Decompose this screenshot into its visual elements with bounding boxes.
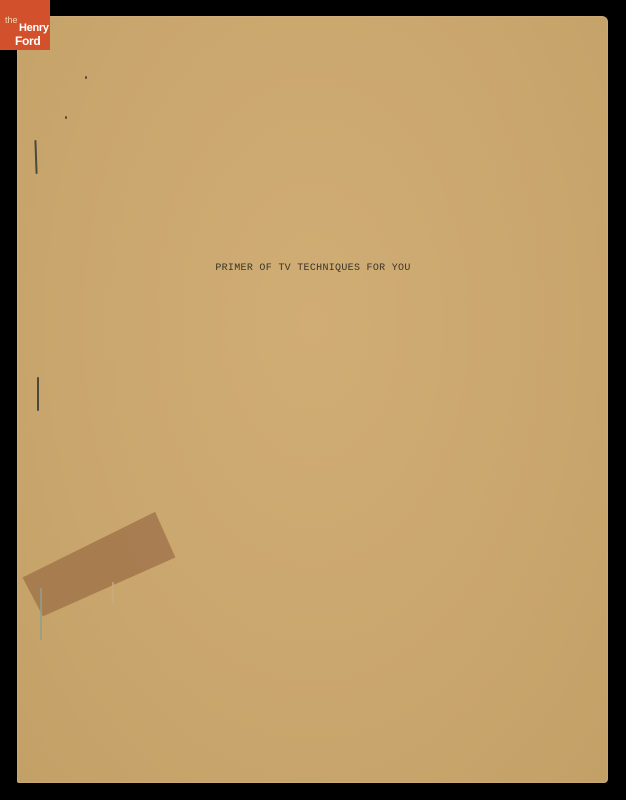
paper-speck (85, 76, 87, 79)
logo-text-henry: Henry (19, 22, 49, 34)
tape-stripe (40, 588, 42, 640)
staple-icon (37, 377, 39, 411)
paper-speck (65, 116, 67, 119)
logo-text-ford: Ford (15, 34, 40, 48)
henry-ford-logo: the Henry Ford (0, 0, 50, 50)
tape-crease (112, 582, 114, 604)
logo-text-the: the (5, 15, 18, 25)
document-page (17, 16, 608, 783)
document-title: PRIMER OF TV TECHNIQUES FOR YOU (0, 263, 626, 274)
